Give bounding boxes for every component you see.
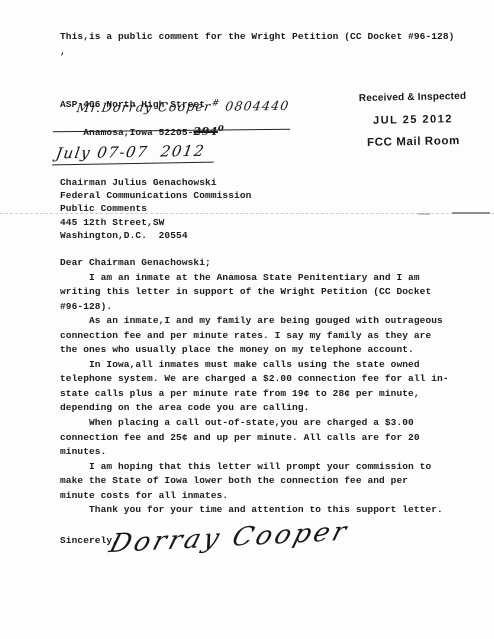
zip-correction-superscript: 0 <box>218 124 224 134</box>
sender-address-line1: ASP 406 North High Street <box>60 99 205 110</box>
received-inspected-stamp: Received & Inspected JUL 25 2012 FCC Mai… <box>337 90 488 149</box>
signature-handwritten: Dorray Cooper <box>106 517 352 559</box>
letter-body: Dear Chairman Genachowski; I am an inmat… <box>60 256 449 518</box>
stamp-date-line: JUL 25 2012 <box>338 112 488 127</box>
comment-header-line: This,is a public comment for the Wright … <box>60 31 454 42</box>
stamp-received-line: Received & Inspected <box>337 90 487 104</box>
zip-correction-struck: 294 <box>193 125 217 138</box>
sender-id-number: 0804440 <box>224 98 290 114</box>
letter-page: This,is a public comment for the Wright … <box>0 0 494 639</box>
sender-address-line2-typed: Anamosa,Iowa 52205- <box>83 127 193 138</box>
stamp-mailroom-line: FCC Mail Room <box>338 134 488 149</box>
sender-id-hash: # <box>211 99 221 109</box>
recipient-address-block: Chairman Julius Genachowski Federal Comm… <box>60 176 251 242</box>
scan-artifact-dark-segment <box>452 212 490 214</box>
scan-artifact-small-segment <box>418 213 430 215</box>
stray-comma-mark: , <box>60 46 66 57</box>
date-handwritten: July 07-07 2012 <box>52 142 216 166</box>
